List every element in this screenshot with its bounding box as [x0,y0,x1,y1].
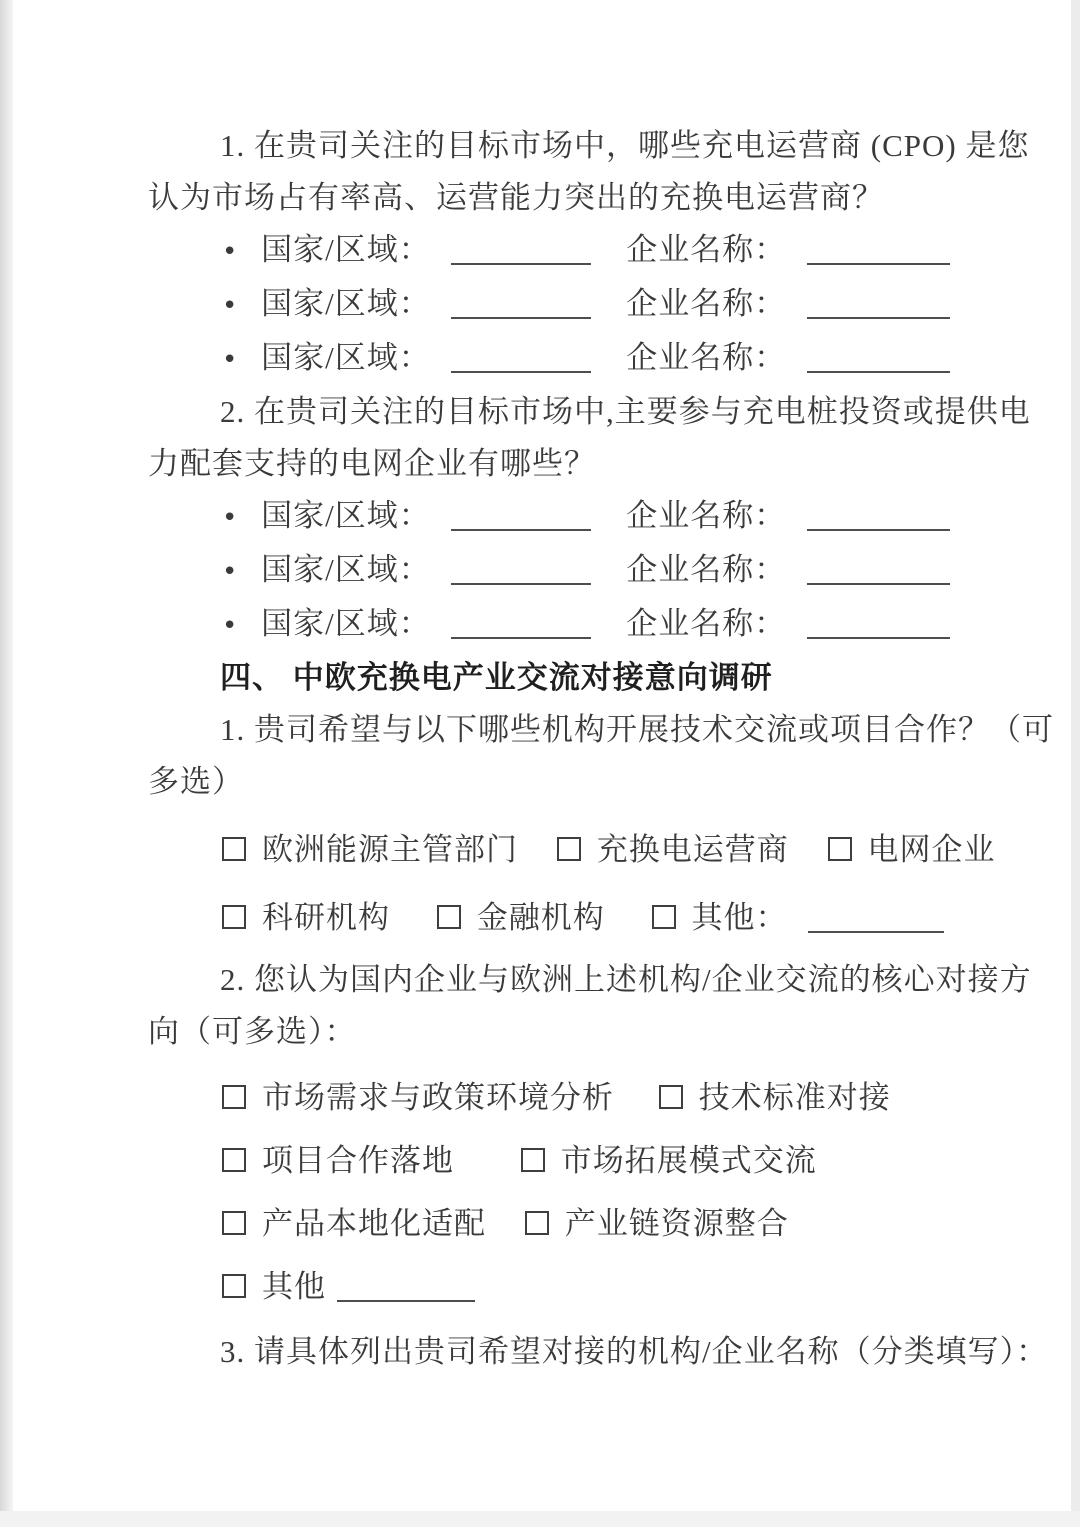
bullet-icon: • [222,226,238,278]
company-blank-line[interactable] [807,529,950,531]
company-name-label: 企业名称： [626,286,786,321]
company-name-label: 企业名称： [626,498,786,533]
checkbox-option[interactable]: 科研机构 [222,892,390,944]
checkbox-icon[interactable] [222,1085,246,1109]
checkbox-label: 金融机构 [477,900,605,935]
s4-q1-options-row2: 科研机构 金融机构 其他： [148,892,940,944]
grid-question-line2: 力配套支持的电网企业有哪些？ [148,438,940,490]
bullet-icon: • [222,280,238,332]
country-company-row: • 国家/区域： 企业名称： [148,598,940,652]
country-region-label: 国家/区域： [261,286,431,321]
company-blank-line[interactable] [807,317,950,319]
checkbox-icon[interactable] [828,837,852,861]
country-region-label: 国家/区域： [261,552,431,587]
checkbox-icon[interactable] [222,837,246,861]
checkbox-icon[interactable] [521,1148,545,1172]
s4-q2-options-row3: 产品本地化适配 产业链资源整合 [148,1198,940,1250]
company-name-label: 企业名称： [626,552,786,587]
checkbox-label: 产品本地化适配 [262,1206,486,1241]
checkbox-option[interactable]: 电网企业 [828,824,996,876]
country-blank-line[interactable] [451,529,591,531]
country-company-row: • 国家/区域： 企业名称： [148,544,940,598]
checkbox-label: 市场拓展模式交流 [561,1143,817,1178]
checkbox-icon[interactable] [222,1274,246,1298]
checkbox-label: 市场需求与政策环境分析 [262,1080,614,1115]
bullet-icon: • [222,546,238,598]
page-right-edge-shadow [1071,0,1080,1527]
checkbox-icon[interactable] [525,1211,549,1235]
bullet-icon: • [222,334,238,386]
bullet-icon: • [222,492,238,544]
country-company-row: • 国家/区域： 企业名称： [148,490,940,544]
company-name-label: 企业名称： [626,232,786,267]
checkbox-label: 技术标准对接 [699,1080,891,1115]
s4-q2-options-row4: 其他 [148,1261,940,1313]
checkbox-label: 产业链资源整合 [565,1206,789,1241]
country-region-label: 国家/区域： [261,498,431,533]
checkbox-icon[interactable] [557,837,581,861]
checkbox-icon[interactable] [222,1148,246,1172]
company-blank-line[interactable] [807,637,950,639]
checkbox-option[interactable]: 产品本地化适配 [222,1198,486,1250]
checkbox-option[interactable]: 欧洲能源主管部门 [222,824,518,876]
checkbox-icon[interactable] [222,905,246,929]
company-blank-line[interactable] [807,583,950,585]
company-name-label: 企业名称： [626,340,786,375]
s4-q2-options-row2: 项目合作落地 市场拓展模式交流 [148,1135,940,1187]
section-4-heading: 四、 中欧充换电产业交流对接意向调研 [148,652,940,704]
checkbox-option[interactable]: 项目合作落地 [222,1135,454,1187]
checkbox-label: 科研机构 [262,900,390,935]
other-blank-line[interactable] [337,1300,475,1302]
country-region-label: 国家/区域： [261,340,431,375]
cpo-question-line1: 1. 在贵司关注的目标市场中，哪些充电运营商 (CPO) 是您 [148,120,940,172]
cpo-question-line2: 认为市场占有率高、运营能力突出的充换电运营商？ [148,172,940,224]
page-left-edge-shadow [0,0,13,1527]
s4-q1-options-row1: 欧洲能源主管部门 充换电运营商 电网企业 [148,824,940,876]
country-blank-line[interactable] [451,317,591,319]
country-company-row: • 国家/区域： 企业名称： [148,332,940,386]
checkbox-label: 欧洲能源主管部门 [262,832,518,867]
checkbox-icon[interactable] [652,905,676,929]
checkbox-option[interactable]: 市场需求与政策环境分析 [222,1072,614,1124]
company-name-label: 企业名称： [626,606,786,641]
checkbox-label: 电网企业 [868,832,996,867]
checkbox-icon[interactable] [222,1211,246,1235]
country-blank-line[interactable] [451,637,591,639]
checkbox-option[interactable]: 产业链资源整合 [525,1198,789,1250]
checkbox-option[interactable]: 金融机构 [437,892,605,944]
checkbox-option[interactable]: 市场拓展模式交流 [521,1135,817,1187]
grid-question-line1: 2. 在贵司关注的目标市场中,主要参与充电桩投资或提供电 [148,386,940,438]
other-blank-line[interactable] [808,931,944,933]
checkbox-option[interactable]: 技术标准对接 [659,1072,891,1124]
s4-q3-instruction: 3. 请具体列出贵司希望对接的机构/企业名称（分类填写）： [148,1326,940,1378]
country-blank-line[interactable] [451,371,591,373]
s4-q2-options-row1: 市场需求与政策环境分析 技术标准对接 [148,1072,940,1124]
bullet-icon: • [222,600,238,652]
page-bottom-edge-shadow [0,1511,1080,1527]
s4-q2-line2: 向（可多选）： [148,1006,940,1058]
country-region-label: 国家/区域： [261,232,431,267]
company-blank-line[interactable] [807,263,950,265]
document-page: 1. 在贵司关注的目标市场中，哪些充电运营商 (CPO) 是您 认为市场占有率高… [148,120,940,1378]
country-region-label: 国家/区域： [261,606,431,641]
checkbox-label: 项目合作落地 [262,1143,454,1178]
country-blank-line[interactable] [451,583,591,585]
company-blank-line[interactable] [807,371,950,373]
checkbox-option-other[interactable]: 其他： [652,892,788,944]
country-company-row: • 国家/区域： 企业名称： [148,278,940,332]
s4-q2-line1: 2. 您认为国内企业与欧洲上述机构/企业交流的核心对接方 [148,954,940,1006]
s4-q1-line1: 1. 贵司希望与以下哪些机构开展技术交流或项目合作？（可 [148,704,940,756]
checkbox-option-other[interactable]: 其他 [222,1261,326,1313]
checkbox-label: 其他 [262,1269,326,1304]
checkbox-option[interactable]: 充换电运营商 [557,824,789,876]
country-blank-line[interactable] [451,263,591,265]
checkbox-icon[interactable] [659,1085,683,1109]
checkbox-icon[interactable] [437,905,461,929]
s4-q1-line2: 多选） [148,756,940,808]
country-company-row: • 国家/区域： 企业名称： [148,224,940,278]
checkbox-label: 其他： [692,900,788,935]
checkbox-label: 充换电运营商 [597,832,789,867]
